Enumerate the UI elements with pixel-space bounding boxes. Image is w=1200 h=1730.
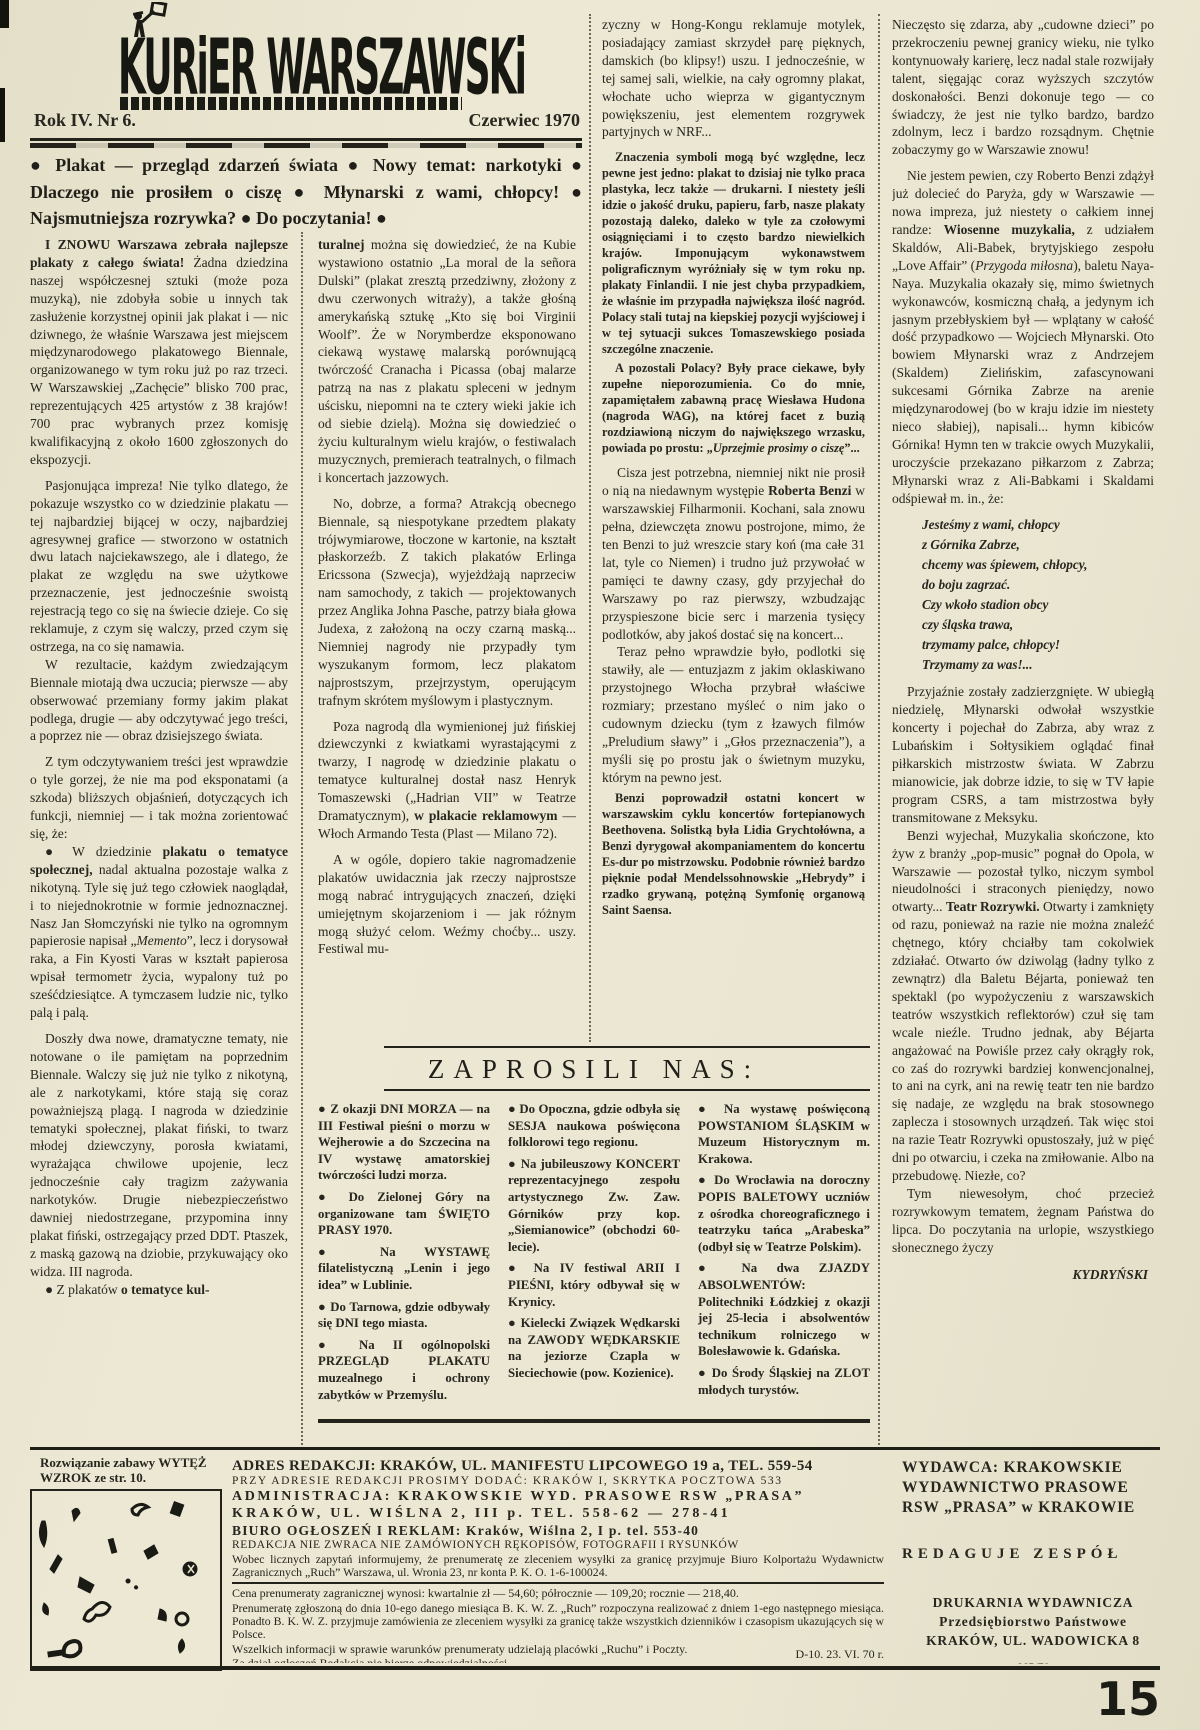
puzzle-caption-line2: WZROK ze str. 10. <box>40 1470 146 1485</box>
masthead-hatch-rule <box>120 97 462 110</box>
column-3: zyczny w Hong-Kongu reklamuje motylek, p… <box>602 16 865 1038</box>
paragraph: Z tym odczytywaniem treści jest wprawdzi… <box>30 753 288 843</box>
imprint-line: PRZY ADRESIE REDAKCJI PROSIMY DODAĆ: KRA… <box>232 1475 884 1488</box>
imprint-line: REDAKCJA NIE ZWRACA NIE ZAMÓWIONYCH RĘKO… <box>232 1539 884 1552</box>
paragraph: Benzi wyjechał, Muzykalia skończone, kto… <box>892 827 1154 1185</box>
column-rule-1 <box>301 232 303 1445</box>
issue-date: Czerwiec 1970 <box>380 110 580 131</box>
invitation-item: ● Do Zielonej Góry na organizowane tam Ś… <box>318 1189 490 1239</box>
invitation-item: ● Na wystawę poświęconą POWSTANIOM ŚLĄSK… <box>698 1101 870 1167</box>
paragraph: W rezultacie, każdym zwiedzającym Bienna… <box>30 656 288 746</box>
publisher-block: WYDAWCA: KRAKOWSKIEWYDAWNICTWO PRASOWERS… <box>902 1458 1164 1664</box>
invited-box: ZAPROSILI NAS: ● Z okazji DNI MORZA — na… <box>318 1046 870 1442</box>
invited-items: ● Z okazji DNI MORZA — na III Festiwal p… <box>318 1091 870 1413</box>
invitation-item: ● Na WYSTAWĘ filatelistyczną „Lenin i je… <box>318 1244 490 1294</box>
paragraph: zyczny w Hong-Kongu reklamuje motylek, p… <box>602 16 865 141</box>
invitation-item: ● Do Wrocławia na doroczny POPIS BALETOW… <box>698 1172 870 1255</box>
imprint-line: KRAKÓW, UL. WIŚLNA 2, III p. TEL. 558-62… <box>232 1506 884 1522</box>
newspaper-page: KURiER WARSZAWSKi Rok IV. Nr 6. Czerwiec… <box>0 0 1200 1730</box>
paragraph: Czy wkoło stadion obcy <box>922 595 1154 615</box>
publisher-line: WYDAWCA: KRAKOWSKIE <box>902 1458 1164 1478</box>
paragraph: ● Z plakatów o tematyce kul- <box>30 1281 288 1299</box>
paragraph: Przyjaźnie zostały zadzierzgnięte. W ubi… <box>892 683 1154 826</box>
paragraph: Teraz pełno wprawdzie było, podlotki się… <box>602 643 865 786</box>
imprint-block: ADRES REDAKCJI: KRAKÓW, UL. MANIFESTU LI… <box>232 1457 884 1663</box>
column-rule-3 <box>878 14 880 1445</box>
paragraph: Benzi poprowadził ostatni koncert w wars… <box>602 790 865 918</box>
paragraph: Pasjonująca impreza! Nie tylko dlatego, … <box>30 477 288 656</box>
invited-bottom-rule <box>318 1419 870 1423</box>
invitation-item: ● Do Tarnowa, gdzie odbywały się DNI teg… <box>318 1299 490 1332</box>
invitation-item: ● Do Środy Śląskiej na ZLOT młodych tury… <box>698 1365 870 1398</box>
publisher-line: REDAGUJE ZESPÓŁ <box>902 1546 1164 1563</box>
invitation-item: ● Do Opoczna, gdzie odbyła się SESJA nau… <box>508 1101 680 1151</box>
paragraph: turalnej można się dowiedzieć, że na Kub… <box>318 236 576 487</box>
headline: ● Plakat — przegląd zdarzeń świata ● Now… <box>30 152 582 232</box>
publisher-line: RSW „PRASA” w KRAKOWIE <box>902 1498 1164 1518</box>
publisher-line: WYDAWNICTWO PRASOWE <box>902 1478 1164 1498</box>
paragraph: A w ogóle, dopiero takie nagromadzenie p… <box>318 851 576 958</box>
imprint-line: Cena prenumeraty zagranicznej wynosi: kw… <box>232 1582 884 1601</box>
paragraph: No, dobrze, a forma? Atrakcją obecnego B… <box>318 495 576 710</box>
paragraph: do boju zagrzać. <box>922 575 1154 595</box>
masthead-double-rule <box>30 138 582 148</box>
paragraph: Doszły dwa nowe, dramatyczne tematy, nie… <box>30 1030 288 1281</box>
paragraph: z Górnika Zabrze, <box>922 535 1154 555</box>
publisher-line: KRAKÓW, UL. WADOWICKA 8 <box>902 1631 1164 1650</box>
invitation-item: ● Z okazji DNI MORZA — na III Festiwal p… <box>318 1101 490 1184</box>
invitation-item: ● Na jubileuszowy KONCERT reprezentacyjn… <box>508 1156 680 1256</box>
column-1: I ZNOWU Warszawa zebrała najlepsze plaka… <box>30 236 288 1428</box>
scan-artifact <box>0 0 9 28</box>
invitation-item: ● Na IV festiwal ARII I PIEŚNI, który od… <box>508 1260 680 1310</box>
paragraph: Tym niewesołym, choć przecież rozrywkowy… <box>892 1185 1154 1257</box>
imprint-line: BIURO OGŁOSZEŃ I REKLAM: Kraków, Wiślna … <box>232 1523 884 1538</box>
imprint-line: Prenumeratę zgłoszoną do dnia 10-ego dan… <box>232 1602 884 1642</box>
issue-number: Rok IV. Nr 6. <box>34 110 136 131</box>
imprint-line: ADMINISTRACJA: KRAKOWSKIE WYD. PRASOWE R… <box>232 1489 884 1505</box>
invited-title: ZAPROSILI NAS: <box>318 1048 870 1089</box>
paragraph: KYDRYŃSKI <box>892 1266 1154 1284</box>
imprint-line: ADRES REDAKCJI: KRAKÓW, UL. MANIFESTU LI… <box>232 1458 884 1474</box>
paragraph: I ZNOWU Warszawa zebrała najlepsze plaka… <box>30 236 288 469</box>
paragraph: ● W dziedzinie plakatu o tematyce społec… <box>30 843 288 1022</box>
column-rule-2 <box>589 14 591 1042</box>
paragraph: Znaczenia symboli mogą być względne, lec… <box>602 149 865 357</box>
invitation-item: ● Na II ogólnopolski PRZEGLĄD PLAKATU mu… <box>318 1337 490 1403</box>
imprint-line: Wobec licznych zapytań informujemy, że p… <box>232 1553 884 1579</box>
column-4: Nieczęsto się zdarza, aby „cudowne dziec… <box>892 16 1154 1444</box>
paragraph: Nieczęsto się zdarza, aby „cudowne dziec… <box>892 16 1154 159</box>
paragraph: Poza nagrodą dla wymienionej już fińskie… <box>318 718 576 843</box>
masthead-logo: KURiER WARSZAWSKi <box>118 22 598 100</box>
puzzle-caption-line1: Rozwiązanie zabawy WYTĘŻ <box>40 1455 207 1470</box>
paragraph: Nie jestem pewien, czy Roberto Benzi zdą… <box>892 167 1154 507</box>
paragraph: trzymamy palce, chłopcy! <box>922 635 1154 655</box>
paragraph: Cisza jest potrzebna, niemniej nikt nie … <box>602 464 865 643</box>
footer-top-rule <box>30 1447 1160 1450</box>
publisher-line: Przedsiębiorstwo Państwowe <box>902 1612 1164 1631</box>
puzzle-caption: Rozwiązanie zabawy WYTĘŻ WZROK ze str. 1… <box>40 1455 240 1485</box>
paragraph: czy śląska trawa, <box>922 615 1154 635</box>
imprint-date-code: D-10. 23. VI. 70 r. <box>600 1648 884 1662</box>
puzzle-box <box>30 1489 222 1671</box>
invitation-item: ● Kielecki Związek Wędkarski na ZAWODY W… <box>508 1315 680 1381</box>
paragraph: chcemy was śpiewem, chłopcy, <box>922 555 1154 575</box>
puzzle-doodles <box>32 1491 220 1669</box>
scan-artifact <box>0 88 5 142</box>
column-2: turalnej można się dowiedzieć, że na Kub… <box>318 236 576 1034</box>
paragraph: Trzymamy za was!... <box>922 655 1154 675</box>
paragraph: A pozostali Polacy? Były prace ciekawe, … <box>602 360 865 456</box>
page-number: 15 <box>1060 1672 1160 1726</box>
paragraph: Jesteśmy z wami, chłopcy <box>922 515 1154 535</box>
publisher-line: DRUKARNIA WYDAWNICZA <box>902 1593 1164 1612</box>
footer-bottom-rule <box>30 1666 1160 1670</box>
invitation-item: ● Na dwa ZJAZDY ABSOLWENTÓW: Politechnik… <box>698 1260 870 1360</box>
publisher-line: 665/70 <box>902 1660 1164 1664</box>
